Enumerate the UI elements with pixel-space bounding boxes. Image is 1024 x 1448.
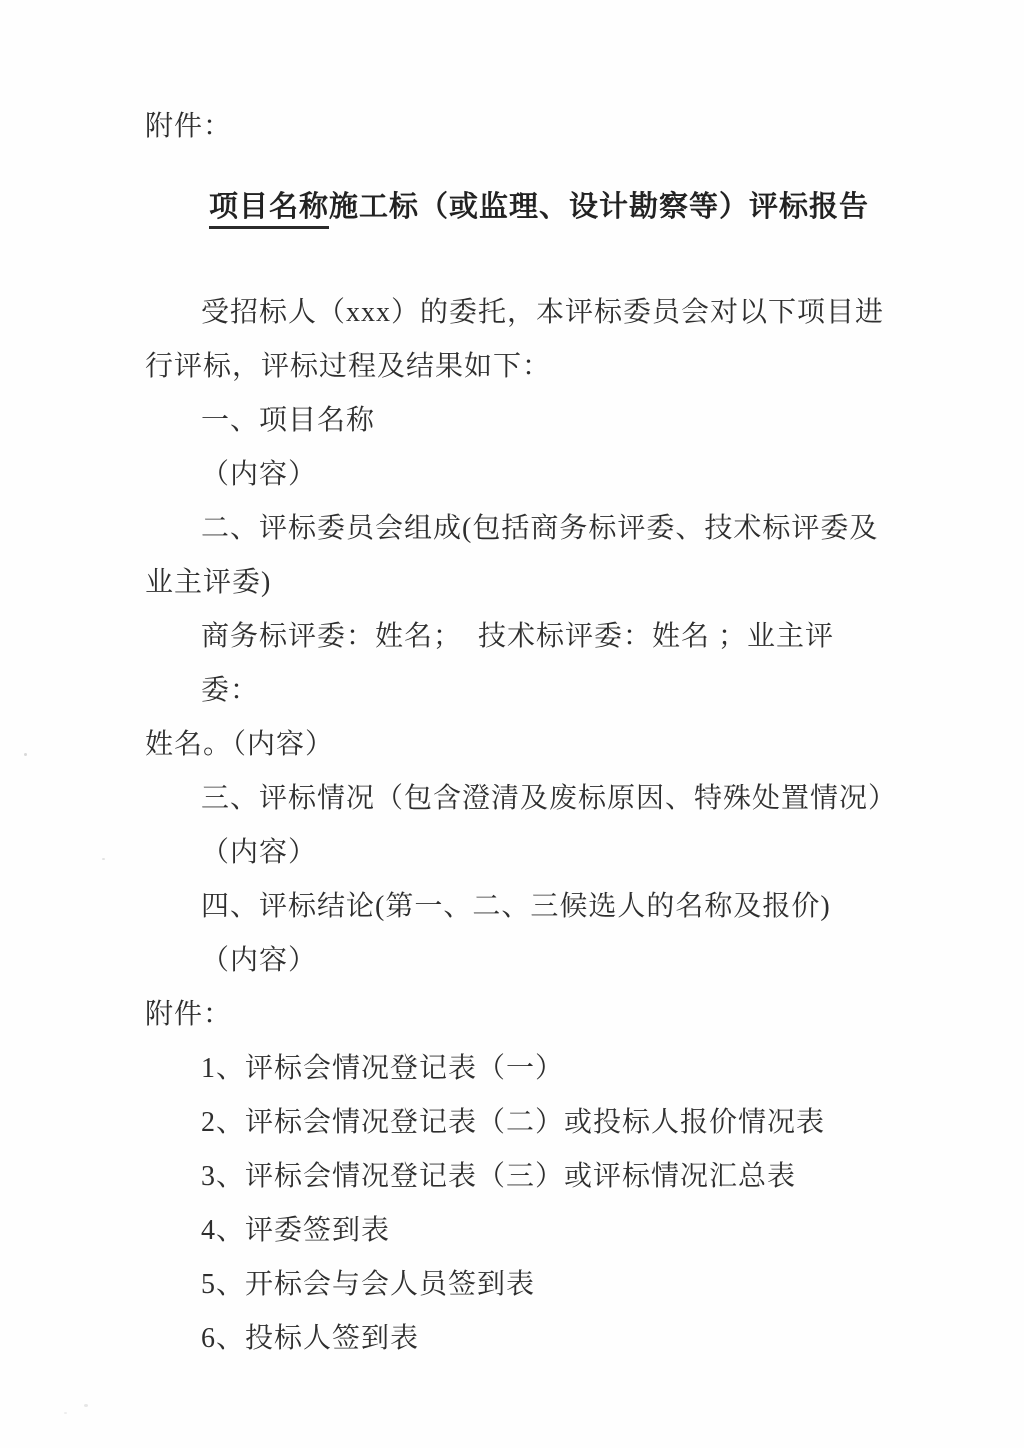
scanned-document-page: 附件： 项目名称施工标（或监理、设计勘察等）评标报告 受招标人（xxx）的委托，… xyxy=(0,0,1024,1448)
attachment-item-3: 3、评标会情况登记表（三）或评标情况汇总表 xyxy=(145,1150,887,1204)
scan-noise-speck xyxy=(84,1404,88,1407)
title-rest: 施工标（或监理、设计勘察等）评标报告 xyxy=(329,191,869,223)
attachment-item-6: 6、投标人签到表 xyxy=(145,1312,887,1366)
section-1-heading: 一、项目名称 xyxy=(145,394,887,448)
section-3-heading: 三、评标情况（包含澄清及废标原因、特殊处置情况） xyxy=(145,772,887,826)
section-2-detail-line-1: 商务标评委：姓名； 技术标评委：姓名 ；业主评委： xyxy=(145,610,887,718)
attachment-item-4: 4、评委签到表 xyxy=(145,1204,887,1258)
intro-line-2: 行评标，评标过程及结果如下： xyxy=(145,340,887,394)
document-content: 附件： 项目名称施工标（或监理、设计勘察等）评标报告 受招标人（xxx）的委托，… xyxy=(145,100,887,1366)
section-3-content-placeholder: （内容） xyxy=(145,826,887,880)
scan-noise-speck xyxy=(24,753,27,756)
section-4-content-placeholder: （内容） xyxy=(145,934,887,988)
section-4-heading: 四、评标结论(第一、二、三候选人的名称及报价) xyxy=(145,880,887,934)
scan-noise-speck xyxy=(102,858,105,860)
attachment-label-top: 附件： xyxy=(145,100,887,154)
intro-line-1: 受招标人（xxx）的委托，本评标委员会对以下项目进 xyxy=(145,286,887,340)
attachment-item-2: 2、评标会情况登记表（二）或投标人报价情况表 xyxy=(145,1096,887,1150)
title-project-name-underlined: 项目名称 xyxy=(209,191,329,229)
section-2-heading-line-1: 二、评标委员会组成(包括商务标评委、技术标评委及 xyxy=(145,502,887,556)
document-title: 项目名称施工标（或监理、设计勘察等）评标报告 xyxy=(145,180,887,234)
attachment-item-5: 5、开标会与会人员签到表 xyxy=(145,1258,887,1312)
section-2-heading-line-2: 业主评委) xyxy=(145,556,887,610)
section-2-detail-line-2: 姓名。（内容） xyxy=(145,718,887,772)
scan-noise-speck xyxy=(64,1412,67,1414)
attachment-item-1: 1、评标会情况登记表（一） xyxy=(145,1042,887,1096)
attachments-label: 附件： xyxy=(145,988,887,1042)
section-1-content-placeholder: （内容） xyxy=(145,448,887,502)
